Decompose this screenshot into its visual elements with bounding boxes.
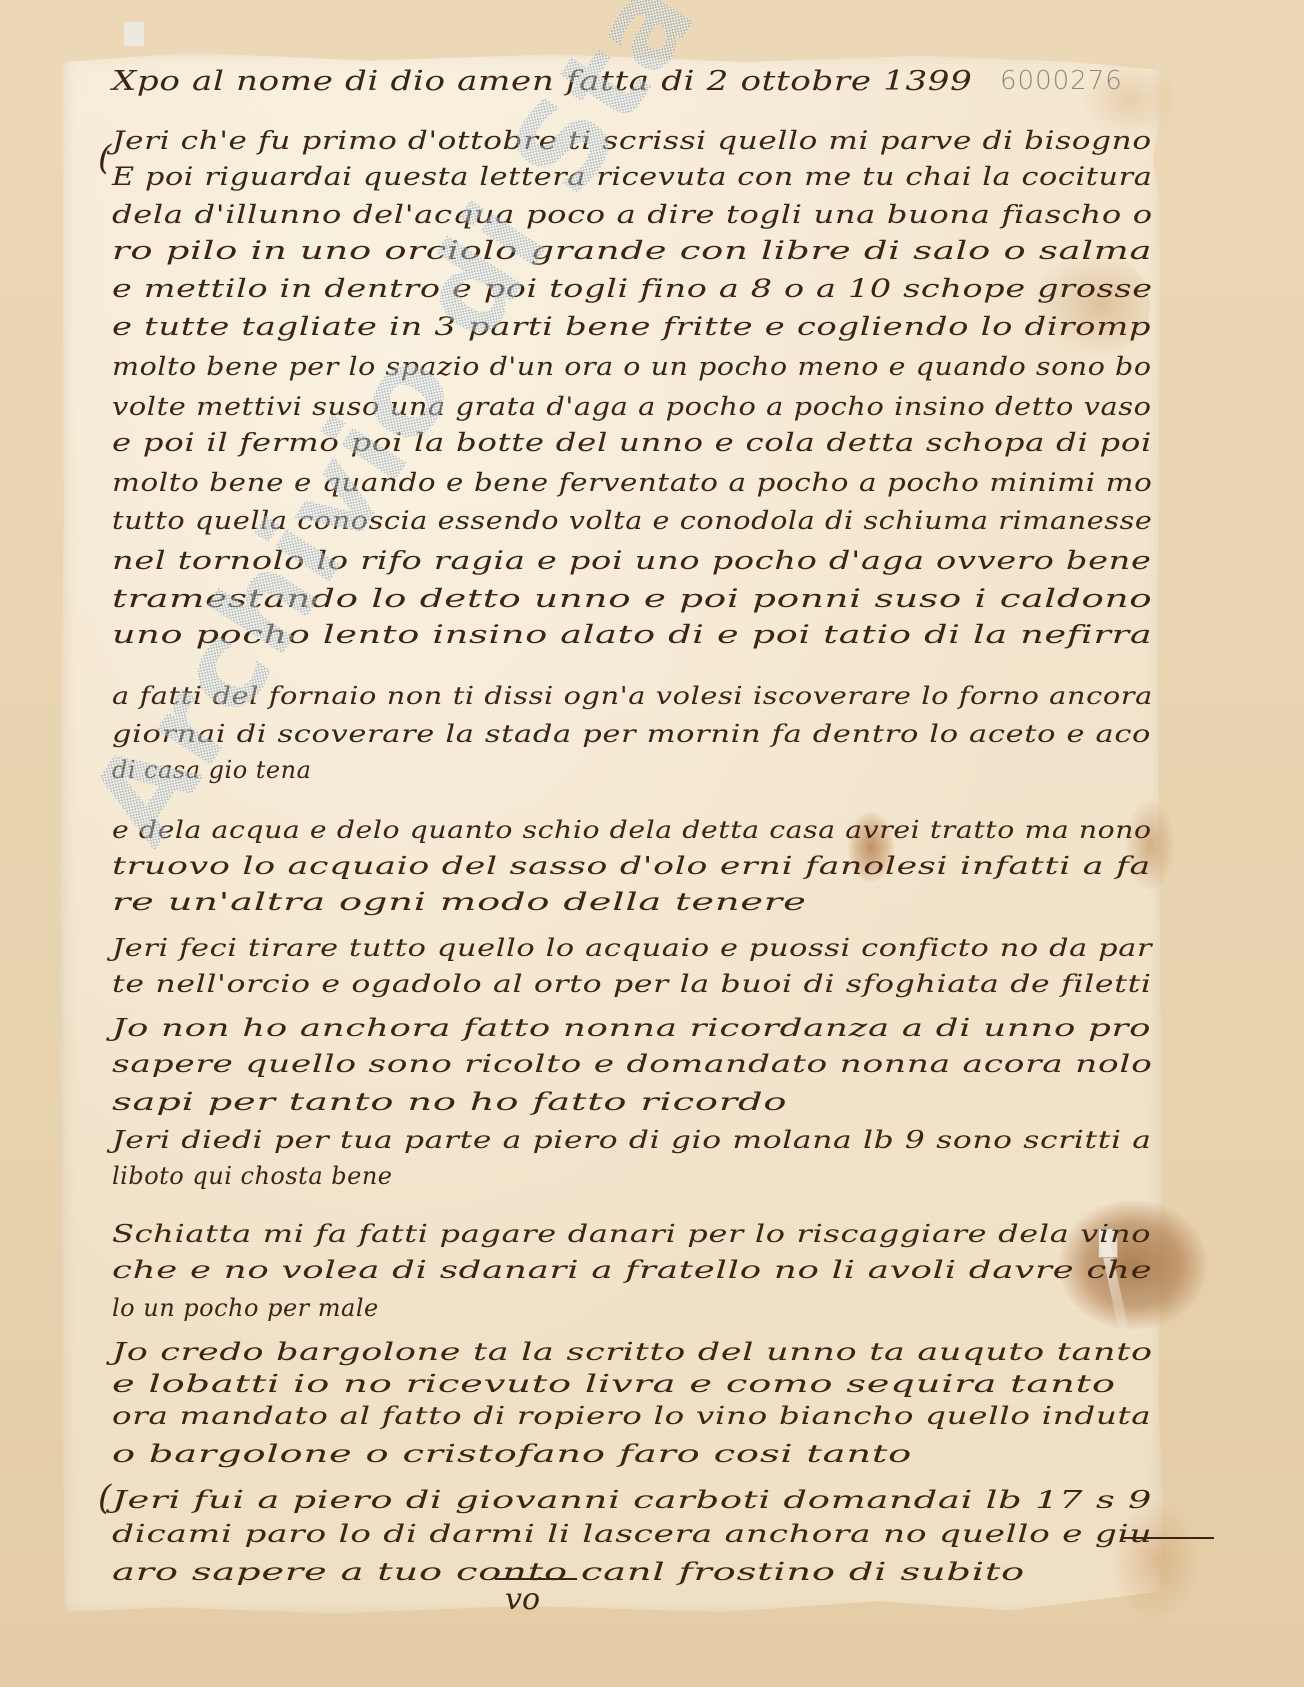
manuscript-line: Jeri feci tirare tutto quello lo acquaio…	[112, 934, 1152, 962]
catchword: vo	[505, 1582, 540, 1617]
manuscript-line: o bargolone o cristofano faro cosi tanto	[112, 1440, 912, 1468]
manuscript-line: e tutte tagliate in 3 parti bene fritte …	[112, 312, 1151, 341]
manuscript-line: truovo lo acquaio del sasso d'olo erni f…	[112, 852, 1151, 880]
manuscript-line: dicami paro lo di darmi li lascera ancho…	[112, 1520, 1152, 1548]
manuscript-line: che e no volea di sdanari a fratello no …	[112, 1256, 1152, 1284]
manuscript-line: Schiatta mi fa fatti pagare danari per l…	[112, 1220, 1151, 1248]
catchword-rule	[495, 1578, 577, 1580]
archive-number: 6000276	[1000, 66, 1123, 96]
manuscript-line: molto bene per lo spazio d'un ora o un p…	[112, 352, 1152, 381]
manuscript-line: aro sapere a tuo conto canl frostino di …	[112, 1558, 1025, 1586]
manuscript-line: Jeri ch'e fu primo d'ottobre ti scrissi …	[112, 126, 1152, 155]
manuscript-line: uno pocho lento insino alato di e poi ta…	[112, 620, 1152, 649]
manuscript-line: Jo non ho anchora fatto nonna ricordanza…	[112, 1014, 1151, 1042]
manuscript-line: Xpo al nome di dio amen fatta di 2 ottob…	[112, 66, 972, 97]
manuscript-line: re un'altra ogni modo della tenere	[112, 888, 807, 916]
manuscript-line: nel tornolo lo rifo ragia e poi uno poch…	[112, 546, 1152, 575]
sum-rule	[1122, 1537, 1214, 1539]
margin-bracket: (	[98, 1478, 111, 1518]
manuscript-line: tutto quella conoscia essendo volta e co…	[112, 506, 1152, 535]
manuscript-line: sapere quello sono ricolto e domandato n…	[112, 1050, 1153, 1078]
manuscript-line: tramestando lo detto unno e poi ponni su…	[112, 584, 1152, 613]
margin-bracket: (	[98, 138, 111, 178]
manuscript-line: te nell'orcio e ogadolo al orto per la b…	[112, 970, 1152, 998]
manuscript-line: e mettilo in dentro e poi togli fino a 8…	[112, 274, 1153, 303]
manuscript-line: Jo credo bargolone ta la scritto del unn…	[112, 1338, 1153, 1366]
manuscript-line: a fatti del fornaio non ti dissi ogn'a v…	[112, 682, 1153, 710]
manuscript-line: Jeri fui a piero di giovanni carboti dom…	[112, 1486, 1152, 1514]
paper-tab-scrap	[124, 22, 144, 46]
manuscript-line: molto bene e quando e bene ferventato a …	[112, 468, 1152, 497]
manuscript-line: e lobatti io no ricevuto livra e como se…	[112, 1370, 1116, 1398]
manuscript-line: lo un pocho per male	[112, 1294, 379, 1322]
manuscript-line: sapi per tanto no ho fatto ricordo	[112, 1088, 787, 1116]
manuscript-line: volte mettivi suso una grata d'aga a poc…	[112, 392, 1152, 421]
manuscript-line: Jeri diedi per tua parte a piero di gio …	[112, 1126, 1152, 1154]
manuscript-line: e dela acqua e delo quanto schio dela de…	[112, 816, 1152, 844]
manuscript-line: giornai di scoverare la stada per mornin…	[112, 720, 1151, 748]
manuscript-line: di casa gio tena	[112, 756, 311, 784]
manuscript-line: ro pilo in uno orciolo grande con libre …	[112, 236, 1152, 265]
manuscript-line: e poi il fermo poi la botte del unno e c…	[112, 428, 1152, 457]
manuscript-line: liboto qui chosta bene	[112, 1162, 392, 1190]
manuscript-line: E poi riguardai questa lettera ricevuta …	[112, 162, 1152, 191]
manuscript-line: dela d'illunno del'acqua poco a dire tog…	[112, 200, 1153, 229]
manuscript-line: ora mandato al fatto di ropiero lo vino …	[112, 1402, 1151, 1430]
